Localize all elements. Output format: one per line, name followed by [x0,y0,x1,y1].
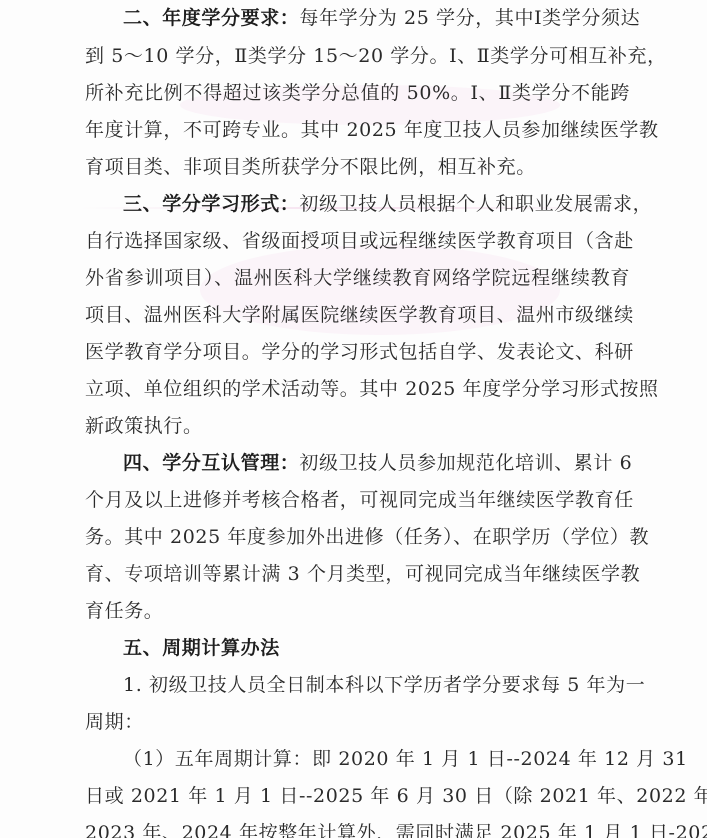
text-line: 项目、温州医科大学附属医院继续医学教育项目、温州市级继续 [85,302,630,328]
text-line: 年度计算，不可跨专业。其中 2025 年度卫技人员参加继续医学教 [85,117,630,143]
text-line: 个月及以上进修并考核合格者，可视同完成当年继续医学教育任 [85,487,630,513]
bold-heading-run: 二、年度学分要求： [123,7,299,29]
text-line: 育项目类、非项目类所获学分不限比例，相互补充。 [85,154,630,180]
text-run: 初级卫技人员参加规范化培训、累计 6 [299,452,632,474]
text-run: 育任务。 [85,600,163,622]
text-line: 育任务。 [85,598,630,624]
text-run: 外省参训项目）、温州医科大学继续教育网络学院远程继续教育 [85,267,630,289]
text-line: 1. 初级卫技人员全日制本科以下学历者学分要求每 5 年为一 [123,672,630,698]
text-run: 立项、单位组织的学术活动等。其中 2025 年度学分学习形式按照 [85,378,659,400]
bold-heading-run: 四、学分互认管理： [123,452,299,474]
text-line: 二、年度学分要求：每年学分为 25 学分，其中Ⅰ类学分须达 [123,5,630,31]
text-line: 务。其中 2025 年度参加外出进修（任务）、在职学历（学位）教 [85,524,630,550]
text-run: 项目、温州医科大学附属医院继续医学教育项目、温州市级继续 [85,304,634,326]
text-run: 年度计算，不可跨专业。其中 2025 年度卫技人员参加继续医学教 [85,119,659,141]
text-run: 务。其中 2025 年度参加外出进修（任务）、在职学历（学位）教 [85,526,649,548]
text-run: 初级卫技人员根据个人和职业发展需求， [299,193,652,215]
text-run: 每年学分为 25 学分，其中Ⅰ类学分须达 [299,7,640,29]
text-line: 五、周期计算办法 [123,635,630,661]
text-run: 即 2020 年 1 月 1 日--2024 年 12 月 31 [312,748,688,770]
text-run: 所补充比例不得超过该类学分总值的 50%。Ⅰ、Ⅱ类学分不能跨 [85,82,630,104]
text-line: 日或 2021 年 1 月 1 日--2025 年 6 月 30 日（除 202… [85,783,630,809]
text-run: 周期： [85,711,144,733]
text-run: （1）五年周期计算： [123,748,312,770]
text-line: 到 5～10 学分，Ⅱ类学分 15～20 学分。Ⅰ、Ⅱ类学分可相互补充， [85,43,630,69]
text-run: 新政策执行。 [85,415,203,437]
text-run: 到 5～10 学分，Ⅱ类学分 15～20 学分。Ⅰ、Ⅱ类学分可相互补充， [85,45,667,67]
text-run: 日或 2021 年 1 月 1 日--2025 年 6 月 30 日（除 202… [85,785,707,807]
bold-heading-run: 三、学分学习形式： [123,193,299,215]
text-run: 自行选择国家级、省级面授项目或远程继续医学教育项目（含赴 [85,230,634,252]
text-line: 新政策执行。 [85,413,630,439]
text-run: 育、专项培训等累计满 3 个月类型，可视同完成当年继续医学教 [85,563,640,585]
bold-heading-run: 五、周期计算办法 [123,637,280,659]
text-run: 育项目类、非项目类所获学分不限比例，相互补充。 [85,156,536,178]
document-page: 二、年度学分要求：每年学分为 25 学分，其中Ⅰ类学分须达到 5～10 学分，Ⅱ… [0,0,707,838]
text-line: 四、学分互认管理：初级卫技人员参加规范化培训、累计 6 [123,450,630,476]
text-line: 自行选择国家级、省级面授项目或远程继续医学教育项目（含赴 [85,228,630,254]
text-line: 2023 年、2024 年按整年计算外，需同时满足 2025 年 1 月 1 日… [85,820,630,838]
text-run: 个月及以上进修并考核合格者，可视同完成当年继续医学教育任 [85,489,634,511]
text-line: 外省参训项目）、温州医科大学继续教育网络学院远程继续教育 [85,265,630,291]
text-line: （1）五年周期计算：即 2020 年 1 月 1 日--2024 年 12 月 … [123,746,630,772]
text-run: 1. 初级卫技人员全日制本科以下学历者学分要求每 5 年为一 [123,674,645,696]
text-run: 2023 年、2024 年按整年计算外，需同时满足 2025 年 1 月 1 日… [85,822,707,838]
text-line: 所补充比例不得超过该类学分总值的 50%。Ⅰ、Ⅱ类学分不能跨 [85,80,630,106]
text-run: 医学教育学分项目。学分的学习形式包括自学、发表论文、科研 [85,341,634,363]
text-line: 医学教育学分项目。学分的学习形式包括自学、发表论文、科研 [85,339,630,365]
text-line: 周期： [85,709,630,735]
text-line: 育、专项培训等累计满 3 个月类型，可视同完成当年继续医学教 [85,561,630,587]
text-line: 三、学分学习形式：初级卫技人员根据个人和职业发展需求， [123,191,630,217]
text-line: 立项、单位组织的学术活动等。其中 2025 年度学分学习形式按照 [85,376,630,402]
